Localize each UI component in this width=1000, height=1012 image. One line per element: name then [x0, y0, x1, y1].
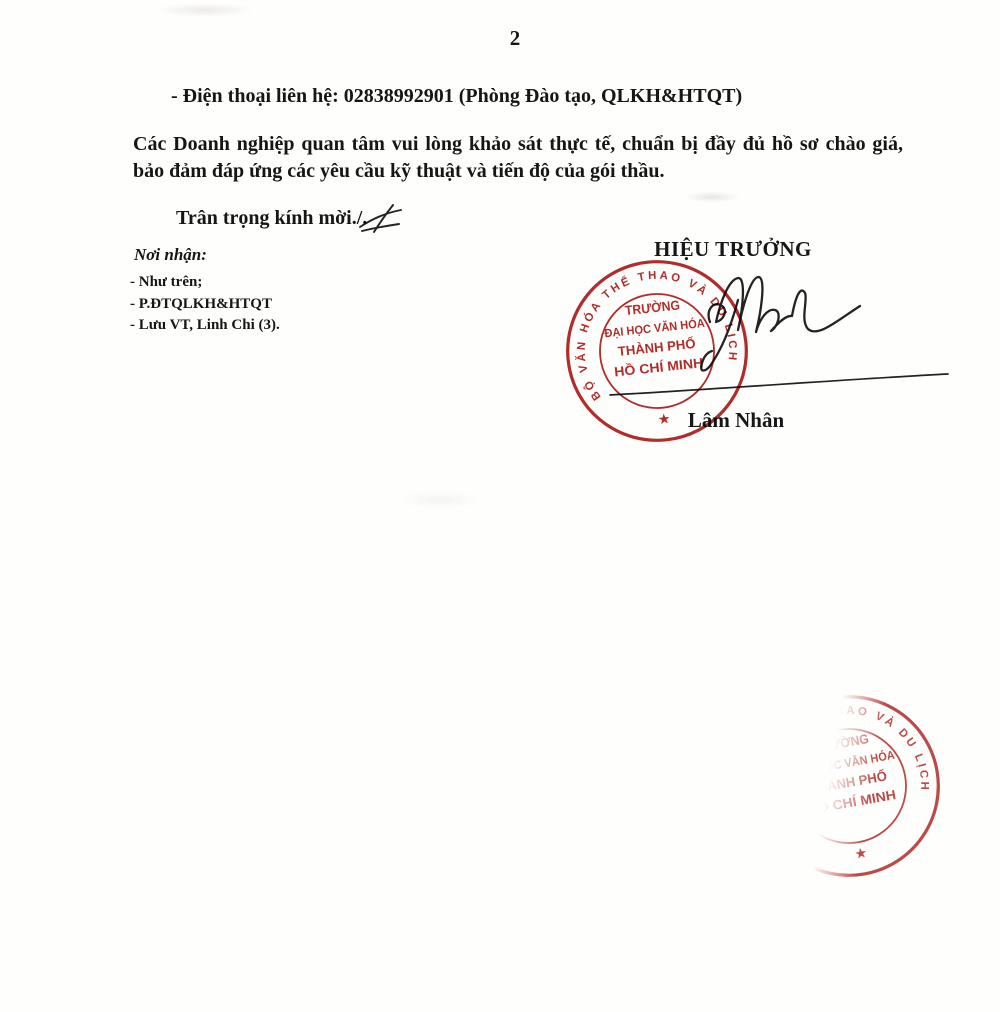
- seal-star-icon: ★: [657, 411, 671, 428]
- recipients-heading: Nơi nhận:: [134, 245, 207, 265]
- contact-phone-line: - Điện thoại liên hệ: 02838992901 (Phòng…: [171, 85, 742, 108]
- page-number: 2: [470, 26, 560, 51]
- official-seal-graphic: BỘ VĂN HÓA THỂ THAO VÀ DU LỊCH TRƯỜNG ĐẠ…: [553, 247, 762, 456]
- partial-seal-graphic: BỘ VĂN HÓA THỂ THAO VÀ DU LỊCH TRƯỜNG ĐẠ…: [739, 676, 959, 896]
- recipient-item: - P.ĐTQLKH&HTQT: [130, 294, 280, 316]
- partial-seal: BỘ VĂN HÓA THỂ THAO VÀ DU LỊCH TRƯỜNG ĐẠ…: [754, 691, 944, 881]
- seal-star-icon: ★: [853, 845, 868, 863]
- official-seal: BỘ VĂN HÓA THỂ THAO VÀ DU LỊCH TRƯỜNG ĐẠ…: [562, 256, 752, 446]
- seal-line-1: TRƯỜNG: [624, 297, 680, 318]
- seal-line-3: THÀNH PHỐ: [617, 336, 696, 359]
- recipient-item: - Lưu VT, Linh Chi (3).: [130, 315, 280, 337]
- body-paragraph: Các Doanh nghiệp quan tâm vui lòng khảo …: [133, 131, 903, 185]
- seal-line-1: TRƯỜNG: [813, 731, 870, 755]
- document-page: 2 - Điện thoại liên hệ: 02838992901 (Phò…: [0, 0, 1000, 1012]
- closing-line: Trân trọng kính mời./.: [176, 207, 367, 230]
- recipient-item: - Như trên;: [130, 272, 280, 294]
- seal-line-4: HỒ CHÍ MINH: [614, 355, 704, 379]
- recipients-list: - Như trên; - P.ĐTQLKH&HTQT - Lưu VT, Li…: [130, 272, 280, 337]
